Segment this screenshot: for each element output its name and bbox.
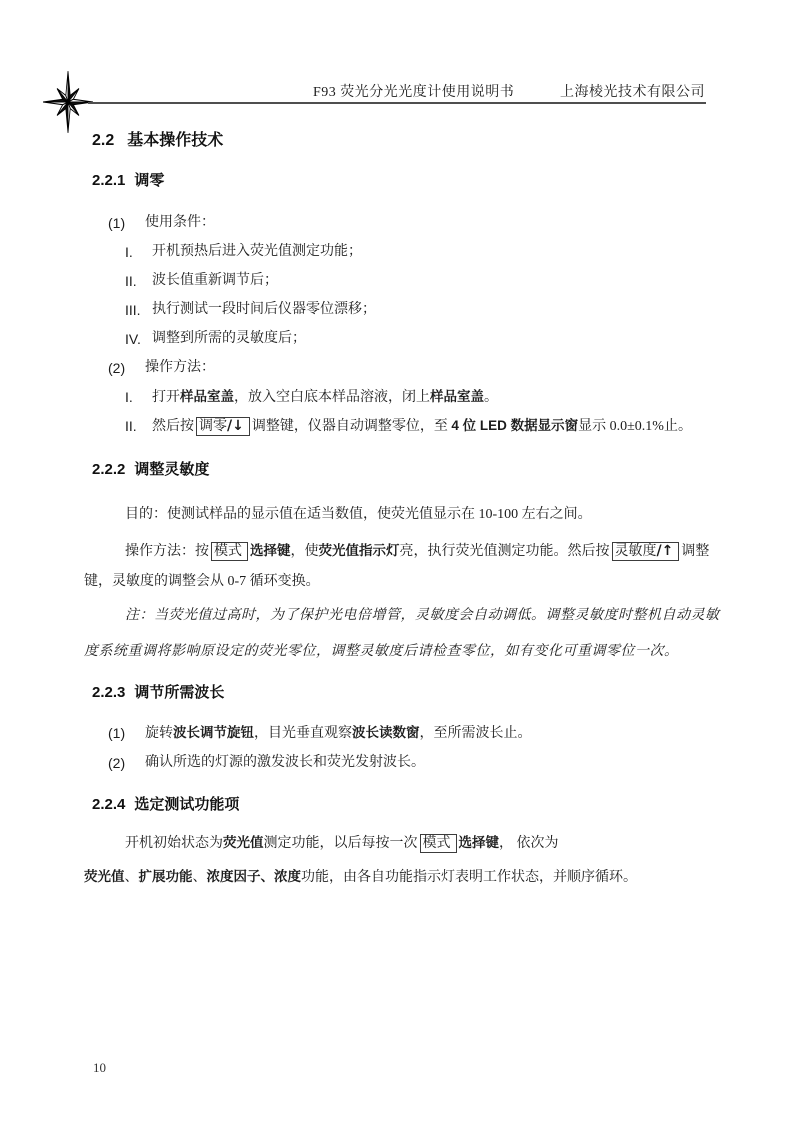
bold-term: 扩展功能 — [139, 869, 193, 884]
list-marker: (2) — [108, 358, 145, 378]
method-paragraph-line2: 键，灵敏度的调整会从 0-7 循环变换。 — [84, 572, 724, 592]
method-paragraph-line1: 操作方法：按模式选择键，使荧光值指示灯亮，执行荧光值测定功能。然后按灵敏度/↑调… — [84, 541, 724, 561]
list-item: (2) 操作方法： — [108, 358, 724, 378]
header-rule — [88, 102, 706, 104]
list-text: 打开样品室盖，放入空白底本样品溶液，闭上样品室盖。 — [152, 387, 498, 407]
list-marker: IV. — [125, 329, 152, 349]
bold-term: 荧光值指示灯 — [319, 543, 400, 558]
function-paragraph-line2: 荧光值、扩展功能、浓度因子、浓度功能，由各自功能指示灯表明工作状态，并顺序循环。 — [84, 866, 724, 887]
note-paragraph-line2: 度系统重调将影响原设定的荧光零位，调整灵敏度后请检查零位，如有变化可重调零位一次… — [84, 641, 724, 662]
section-number: 2.2 — [92, 132, 114, 149]
list-marker: (2) — [108, 753, 145, 773]
list-text: 然后按调零/↓调整键，仪器自动调整零位，至 4 位 LED 数据显示窗显示 0.… — [152, 416, 692, 436]
manual-page: F93 荧光分光光度计使用说明书 上海棱光技术有限公司 2.2基本操作技术 2.… — [0, 0, 793, 1122]
section-heading-2-2-3: 2.2.3调节所需波长 — [92, 683, 724, 703]
bold-term: 选择键 — [250, 543, 291, 558]
company-name: 上海棱光技术有限公司 — [560, 81, 705, 101]
down-arrow-icon: /↓ — [227, 418, 244, 434]
list-item: II. 波长值重新调节后； — [125, 271, 724, 291]
bold-term: 波长调节旋钮 — [173, 725, 254, 740]
bold-term: 荧光值 — [223, 835, 264, 850]
bold-term: 波长读数窗 — [352, 725, 420, 740]
list-marker: I. — [125, 387, 152, 407]
section-heading-2-2-2: 2.2.2调整灵敏度 — [92, 460, 724, 480]
list-text: 操作方法： — [145, 358, 215, 378]
list-item: I. 打开样品室盖，放入空白底本样品溶液，闭上样品室盖。 — [125, 387, 724, 407]
list-item: IV. 调整到所需的灵敏度后； — [125, 329, 724, 349]
list-item: (2) 确认所选的灯源的激发波长和荧光发射波长。 — [108, 753, 724, 773]
sensitivity-key: 灵敏度/↑ — [612, 542, 680, 561]
bold-term: 浓度因子、浓度 — [207, 869, 302, 884]
list-item: (1) 旋转波长调节旋钮，目光垂直观察波长读数窗，至所需波长止。 — [108, 723, 724, 743]
list-item: III. 执行测试一段时间后仪器零位漂移； — [125, 300, 724, 320]
list-text: 波长值重新调节后； — [152, 271, 278, 291]
list-text: 调整到所需的灵敏度后； — [152, 329, 306, 349]
list-marker: II. — [125, 271, 152, 291]
list-text: 使用条件： — [145, 213, 215, 233]
list-item: II. 然后按调零/↓调整键，仪器自动调整零位，至 4 位 LED 数据显示窗显… — [125, 416, 724, 436]
list-marker: I. — [125, 242, 152, 262]
note-paragraph-line1: 注：当荧光值过高时，为了保护光电倍增管，灵敏度会自动调低。调整灵敏度时整机自动灵… — [84, 605, 724, 626]
bold-term: 选择键 — [459, 835, 500, 850]
section-number: 2.2.4 — [92, 796, 125, 813]
bold-term: 荧光值 — [84, 869, 125, 884]
list-item: (1) 使用条件： — [108, 213, 724, 233]
bold-term: 样品室盖 — [180, 389, 234, 404]
function-paragraph-line1: 开机初始状态为荧光值测定功能，以后每按一次模式选择键， 依次为 — [84, 833, 724, 853]
list-marker: (1) — [108, 723, 145, 743]
list-marker: III. — [125, 300, 152, 320]
section-title: 选定测试功能项 — [134, 796, 239, 813]
bold-term: 样品室盖 — [430, 389, 484, 404]
list-item: I. 开机预热后进入荧光值测定功能； — [125, 242, 724, 262]
section-title: 调零 — [134, 172, 164, 189]
list-text: 旋转波长调节旋钮，目光垂直观察波长读数窗，至所需波长止。 — [145, 723, 532, 743]
section-heading-2-2-4: 2.2.4选定测试功能项 — [92, 795, 724, 815]
page-content: 2.2基本操作技术 2.2.1调零 (1) 使用条件： I. 开机预热后进入荧光… — [84, 124, 724, 887]
section-number: 2.2.3 — [92, 684, 125, 701]
mode-key: 模式 — [211, 542, 248, 561]
doc-title: F93 荧光分光光度计使用说明书 — [313, 81, 514, 101]
zero-key: 调零/↓ — [196, 417, 250, 436]
section-title: 调整灵敏度 — [134, 461, 209, 478]
section-heading-2-2: 2.2基本操作技术 — [92, 131, 724, 151]
section-number: 2.2.2 — [92, 461, 125, 478]
section-number: 2.2.1 — [92, 172, 125, 189]
section-title: 调节所需波长 — [134, 684, 224, 701]
list-text: 开机预热后进入荧光值测定功能； — [152, 242, 362, 262]
list-text: 执行测试一段时间后仪器零位漂移； — [152, 300, 376, 320]
section-heading-2-2-1: 2.2.1调零 — [92, 171, 724, 191]
list-marker: II. — [125, 416, 152, 436]
section-title: 基本操作技术 — [127, 132, 223, 149]
list-marker: (1) — [108, 213, 145, 233]
list-text: 确认所选的灯源的激发波长和荧光发射波长。 — [145, 753, 425, 773]
purpose-paragraph: 目的：使测试样品的显示值在适当数值，使荧光值显示在 10-100 左右之间。 — [84, 505, 724, 525]
mode-key: 模式 — [420, 834, 457, 853]
bold-term: 4 位 LED 数据显示窗 — [451, 418, 578, 433]
up-arrow-icon: /↑ — [657, 543, 674, 559]
page-number: 10 — [93, 1060, 106, 1076]
